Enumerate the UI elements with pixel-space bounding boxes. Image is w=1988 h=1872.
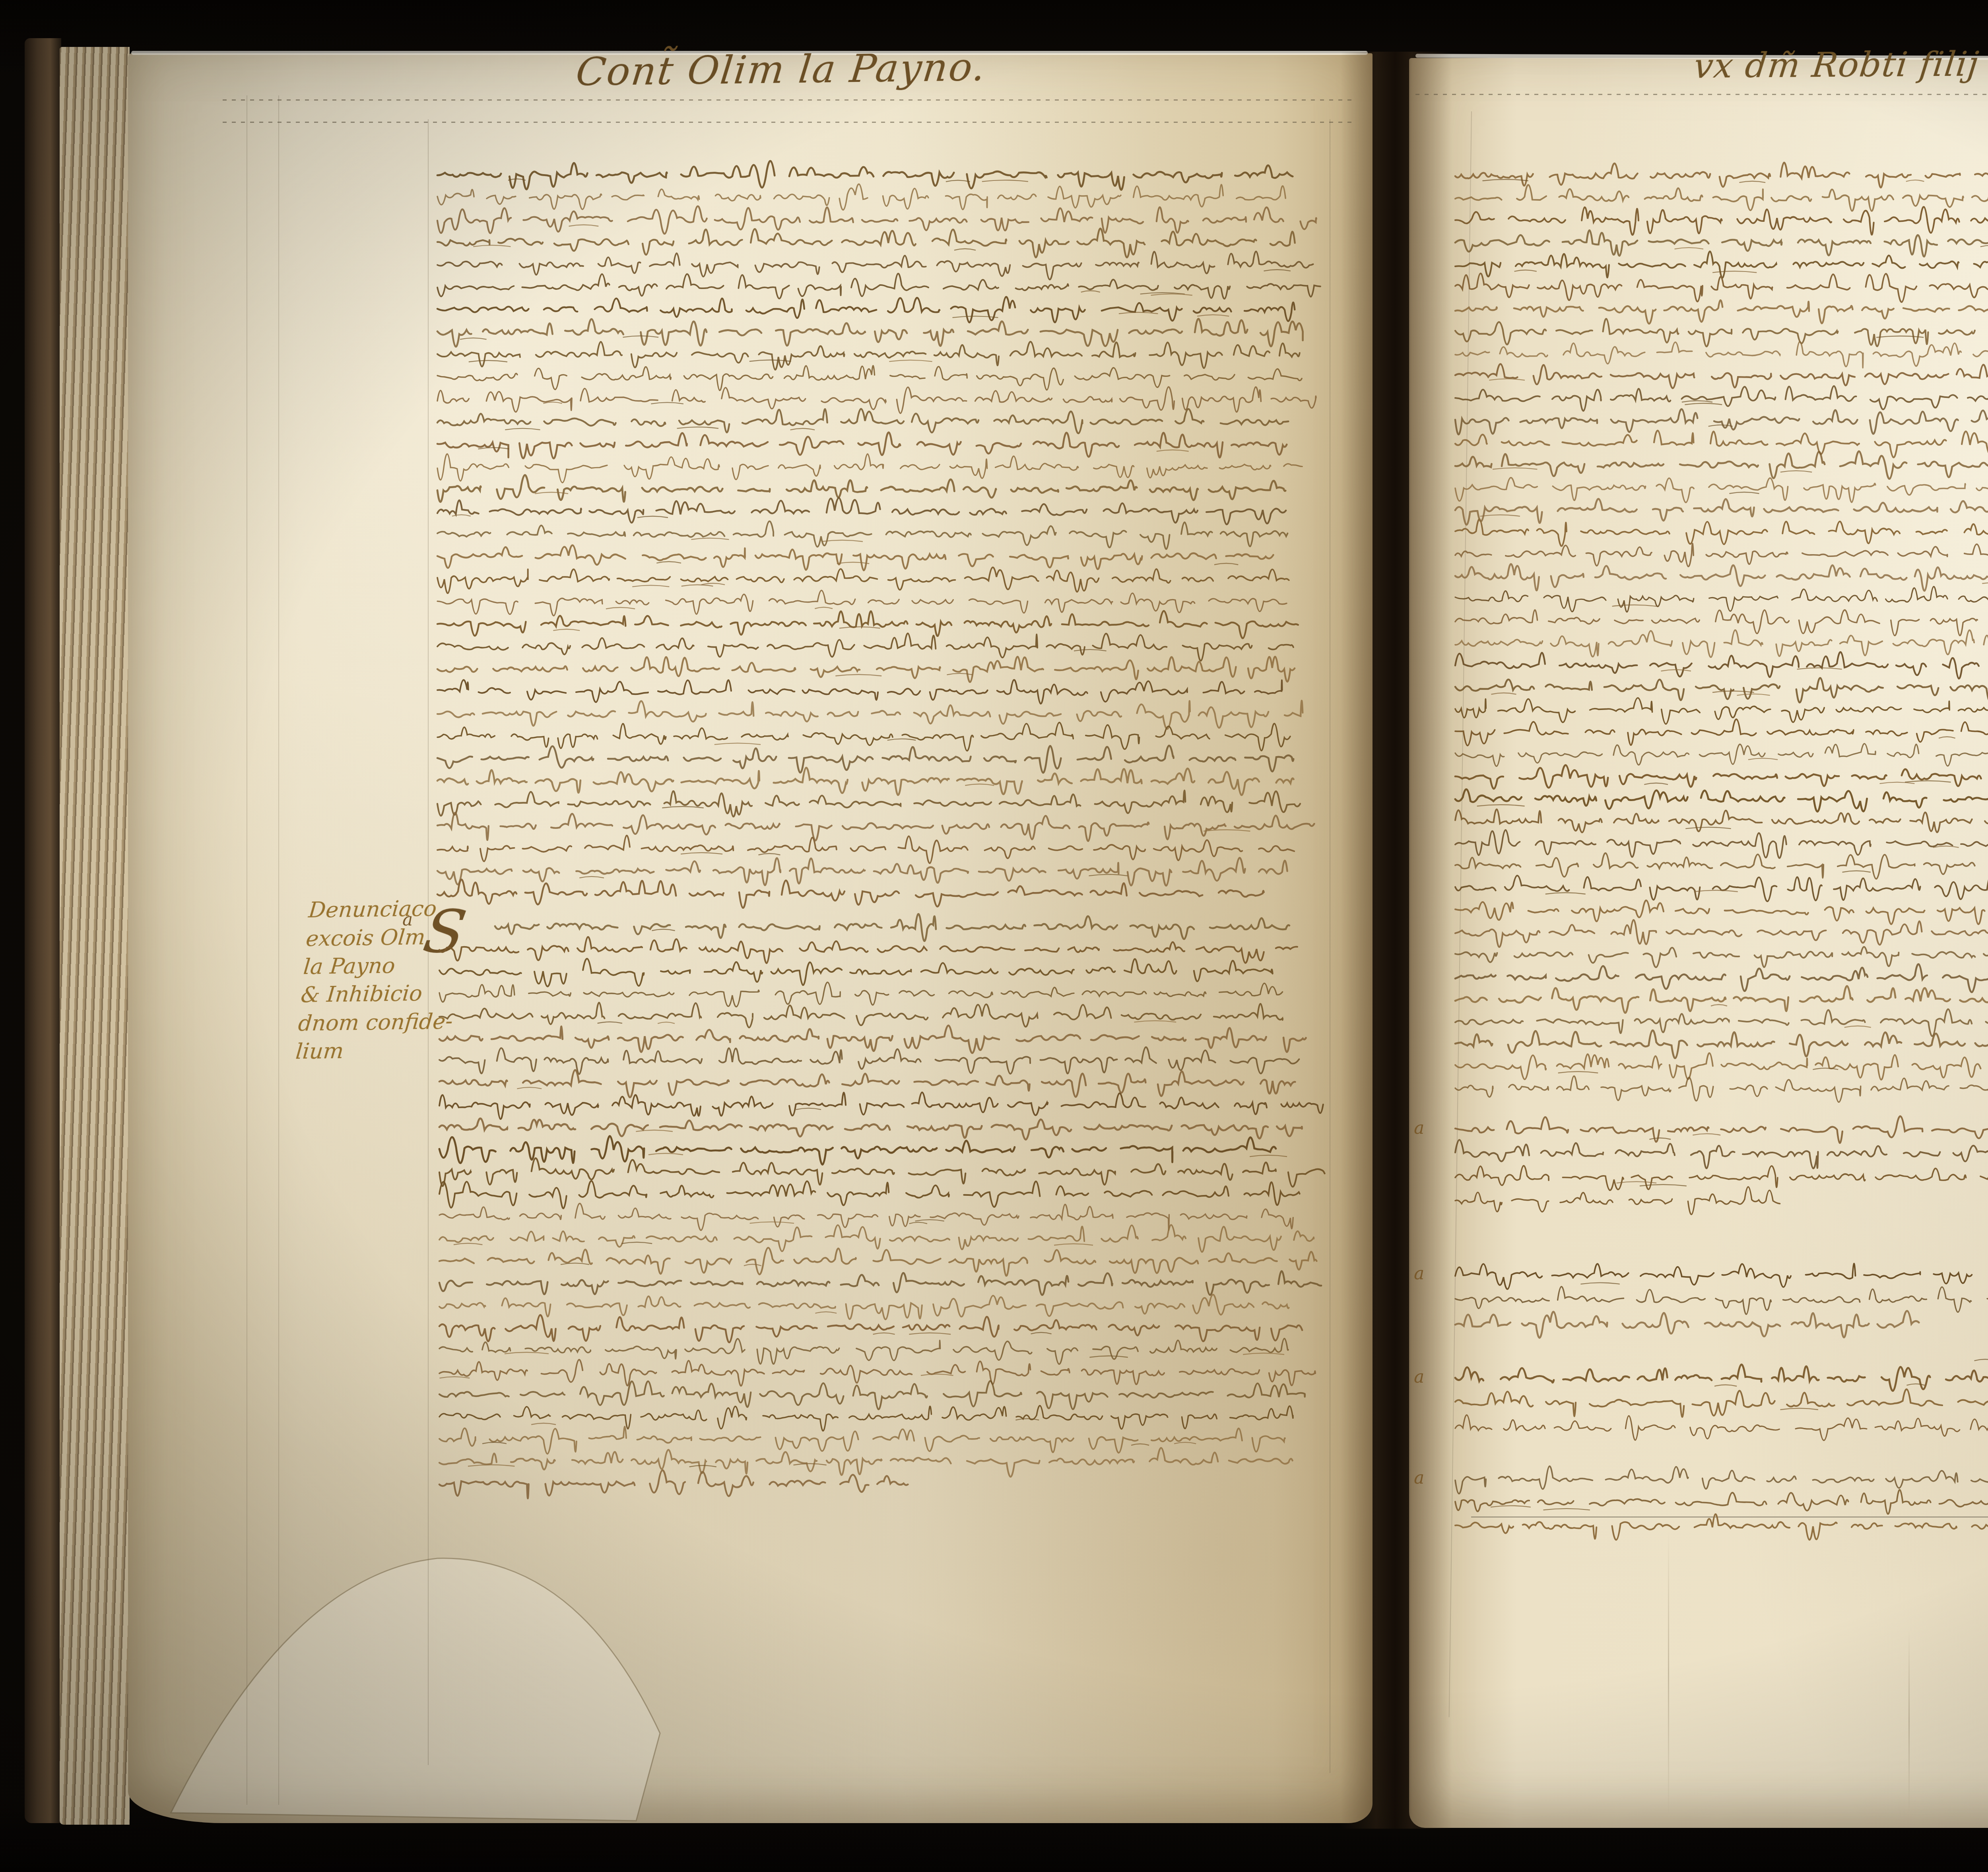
book-left-leather-cover (25, 38, 61, 1823)
ruled-line (1415, 94, 1988, 95)
margin-note-line: excois Olm (305, 923, 438, 953)
ruled-line (278, 95, 279, 1805)
page-crease (1908, 1630, 1910, 1813)
margin-note-line: lium (295, 1036, 428, 1066)
left-running-header: Cont̃ Olim la Payno. (574, 45, 985, 94)
paragraph-mark: a (402, 910, 413, 930)
right-running-header: vx dm̃ Robti filij Pagani militis. (1666, 43, 1988, 86)
margin-note-line: & Inhibicio (300, 979, 433, 1009)
ruled-line (247, 95, 247, 1805)
entry-mark: a (1414, 1263, 1424, 1284)
manuscript-photo-scene: Cont̃ Olim la Payno. vx dm̃ Robti filij … (0, 0, 1988, 1872)
margin-note-line: la Payno (302, 951, 436, 981)
handwritten-text-block (1455, 1114, 1988, 1245)
handwritten-text-block (437, 159, 1358, 936)
margin-note-line: Denunciaco (307, 894, 441, 924)
entry-mark: a (1414, 1367, 1424, 1387)
ruled-line (223, 99, 1352, 101)
entry-mark: a (1414, 1118, 1424, 1138)
ruled-line (223, 122, 1352, 123)
handwritten-text-block (439, 911, 1358, 1526)
left-margin-note: Denunciaco excois Olm la Payno & Inhibic… (295, 894, 441, 1065)
handwritten-text-block (1455, 1464, 1988, 1569)
handwritten-text-block (1455, 1259, 1988, 1369)
page-crease (1668, 1531, 1669, 1817)
handwritten-text-block (1455, 160, 1988, 1131)
margin-note-line: dnom confide- (297, 1007, 431, 1038)
entry-mark: a (1414, 1468, 1424, 1488)
left-page-stack-edges (60, 47, 130, 1825)
handwritten-text-block (1455, 1363, 1988, 1472)
